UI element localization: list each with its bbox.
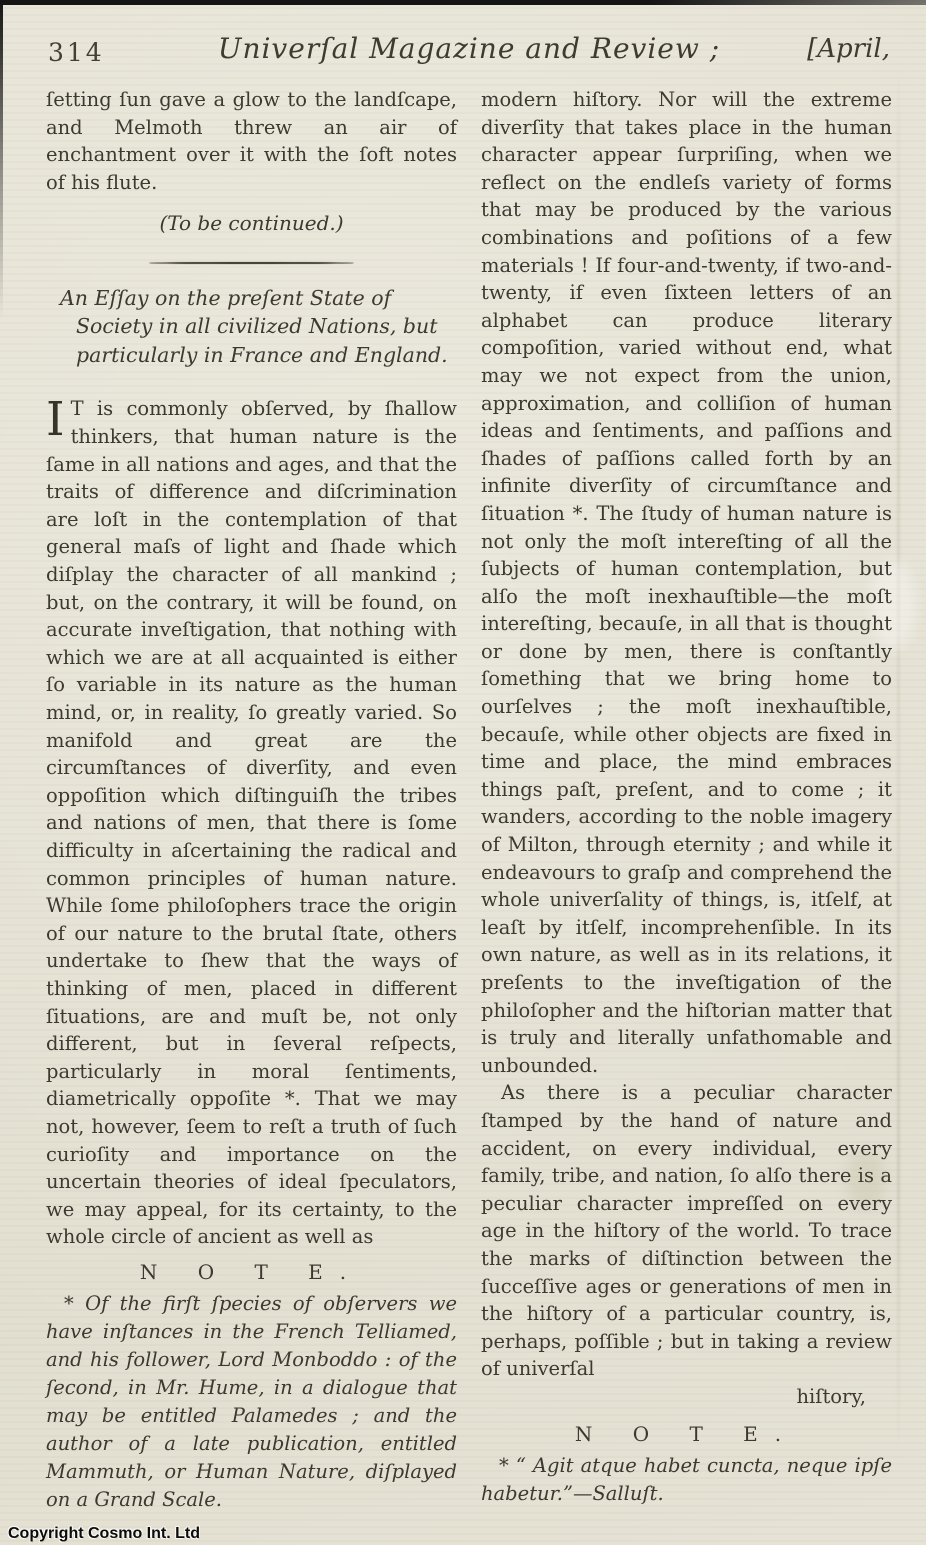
section-divider — [149, 262, 354, 264]
essay-body-paragraph: IT is commonly obſerved, by ſhallow thin… — [46, 395, 457, 1250]
right-note-heading: N O T E. — [481, 1421, 892, 1449]
left-note-heading: N O T E. — [46, 1259, 457, 1287]
scan-edge-top — [0, 0, 926, 5]
copyright-watermark: Copyright Cosmo Int. Ltd — [8, 1525, 200, 1543]
essay-title: An Eſſay on the preſent State of Society… — [46, 284, 457, 370]
left-footnote: * Of the firſt ſpecies of obſervers we h… — [46, 1290, 457, 1514]
journal-title: Univerſal Magazine and Review ; — [46, 32, 892, 65]
page-content: ſetting ſun gave a glow to the landſcape… — [46, 86, 892, 1545]
issue-month: [April, — [807, 34, 890, 64]
continuation-paragraph: ſetting ſun gave a glow to the landſcape… — [46, 86, 457, 196]
scan-edge-left — [0, 0, 3, 320]
paper-crease — [897, 60, 900, 1460]
essay-body-text: T is commonly obſerved, by ſhallow think… — [46, 397, 457, 1248]
right-paragraph-2: As there is a peculiar character ſtamped… — [481, 1079, 892, 1383]
page-header: 314 Univerſal Magazine and Review ; [Apr… — [46, 30, 892, 74]
right-footnote: * “ Agit atque habet cuncta, neque ipſe … — [481, 1452, 892, 1508]
left-column: ſetting ſun gave a glow to the landſcape… — [46, 86, 457, 1545]
catchword: hiſtory, — [481, 1383, 892, 1411]
drop-cap: I — [46, 395, 71, 442]
right-column: modern hiſtory. Nor will the extreme div… — [481, 86, 892, 1545]
to-be-continued: (To be continued.) — [46, 210, 457, 238]
scanned-magazine-page: 314 Univerſal Magazine and Review ; [Apr… — [0, 0, 926, 1545]
right-paragraph-1: modern hiſtory. Nor will the extreme div… — [481, 86, 892, 1079]
